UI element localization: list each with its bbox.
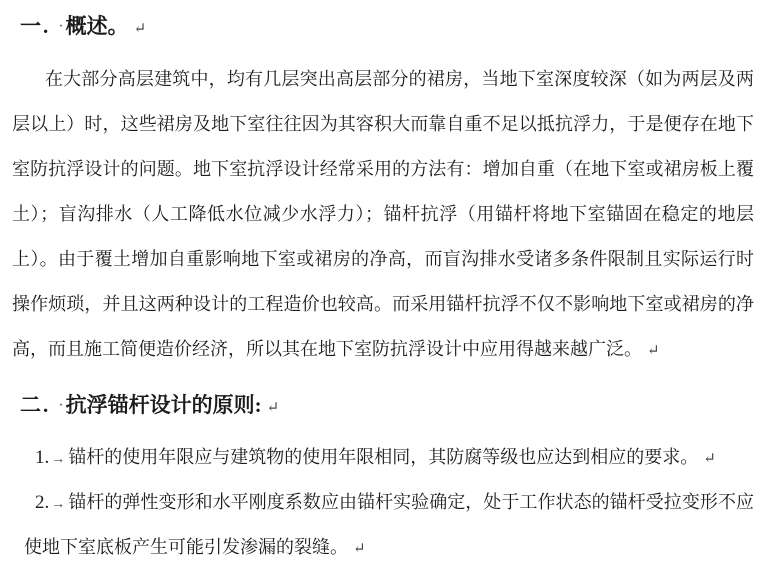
paragraph-line: 在大部分高层建筑中，均有几层突出高层部分的裙房，当地下室深度较深（如为两层及两 (12, 57, 754, 102)
paragraph-mark-icon: ↵ (267, 400, 280, 416)
paragraph-line-text: 高，而且施工简便造价经济，所以其在地下室防抗浮设计中应用得越来越广泛。 (12, 339, 642, 359)
space-formatting-mark: · (58, 18, 63, 35)
tab-formatting-mark-icon: → (51, 452, 65, 467)
section-1-title-period: 。 (108, 14, 129, 38)
principles-list: 1.→锚杆的使用年限应与建筑物的使用年限相同，其防腐等级也应达到相应的要求。↵ … (12, 435, 754, 570)
paragraph-line: 层以上）时，这些裙房及地下室往往因为其容积大而靠自重不足以抵抗浮力，于是便存在地… (12, 102, 754, 147)
paragraph-line: 上）。由于覆土增加自重影响地下室或裙房的净高，而盲沟排水受诸多条件限制且实际运行… (12, 237, 754, 282)
paragraph-line: 土）；盲沟排水（人工降低水位减少水浮力）；锚杆抗浮（用锚杆将地下室锚固在稳定的地… (12, 192, 754, 237)
list-item-2-line-1: 2.→锚杆的弹性变形和水平刚度系数应由锚杆实验确定，处于工作状态的锚杆受拉变形不… (35, 480, 754, 525)
section-2-title: 抗浮锚杆设计的原则: (66, 393, 262, 417)
paragraph-line: 室防抗浮设计的问题。地下室抗浮设计经常采用的方法有：增加自重（在地下室或裙房板上… (12, 147, 754, 192)
paragraph-mark-icon: ↵ (134, 21, 147, 37)
section-2-heading: 二.·抗浮锚杆设计的原则:↵ (20, 383, 754, 428)
section-2-number: 二. (20, 393, 50, 417)
paragraph-mark-icon: ↵ (353, 541, 366, 557)
document-page: 一.·概述。↵ 在大部分高层建筑中，均有几层突出高层部分的裙房，当地下室深度较深… (0, 0, 780, 585)
list-item-2-line-2: 使地下室底板产生可能引发渗漏的裂缝。↵ (24, 525, 754, 570)
section-1-heading: 一.·概述。↵ (20, 4, 754, 49)
list-item-1-number: 1. (35, 447, 49, 468)
paragraph-line: 操作烦琐，并且这两种设计的工程造价也较高。而采用锚杆抗浮不仅不影响地下室或裙房的… (12, 282, 754, 327)
list-item-1-text: 锚杆的使用年限应与建筑物的使用年限相同，其防腐等级也应达到相应的要求。 (68, 447, 698, 467)
paragraph-line: 高，而且施工简便造价经济，所以其在地下室防抗浮设计中应用得越来越广泛。↵ (12, 327, 754, 372)
section-1-number: 一. (20, 14, 50, 38)
tab-formatting-mark-icon: → (51, 497, 65, 512)
paragraph-mark-icon: ↵ (703, 451, 716, 467)
list-item-1: 1.→锚杆的使用年限应与建筑物的使用年限相同，其防腐等级也应达到相应的要求。↵ (35, 435, 754, 480)
list-item-2-text-continued: 使地下室底板产生可能引发渗漏的裂缝。 (24, 537, 348, 557)
overview-paragraph: 在大部分高层建筑中，均有几层突出高层部分的裙房，当地下室深度较深（如为两层及两 … (12, 57, 754, 372)
section-1-title: 概述 (66, 14, 108, 38)
paragraph-mark-icon: ↵ (647, 343, 660, 359)
list-item-2-number: 2. (35, 492, 49, 513)
space-formatting-mark: · (58, 397, 63, 414)
list-item-2-text: 锚杆的弹性变形和水平刚度系数应由锚杆实验确定，处于工作状态的锚杆受拉变形不应 (68, 492, 754, 512)
